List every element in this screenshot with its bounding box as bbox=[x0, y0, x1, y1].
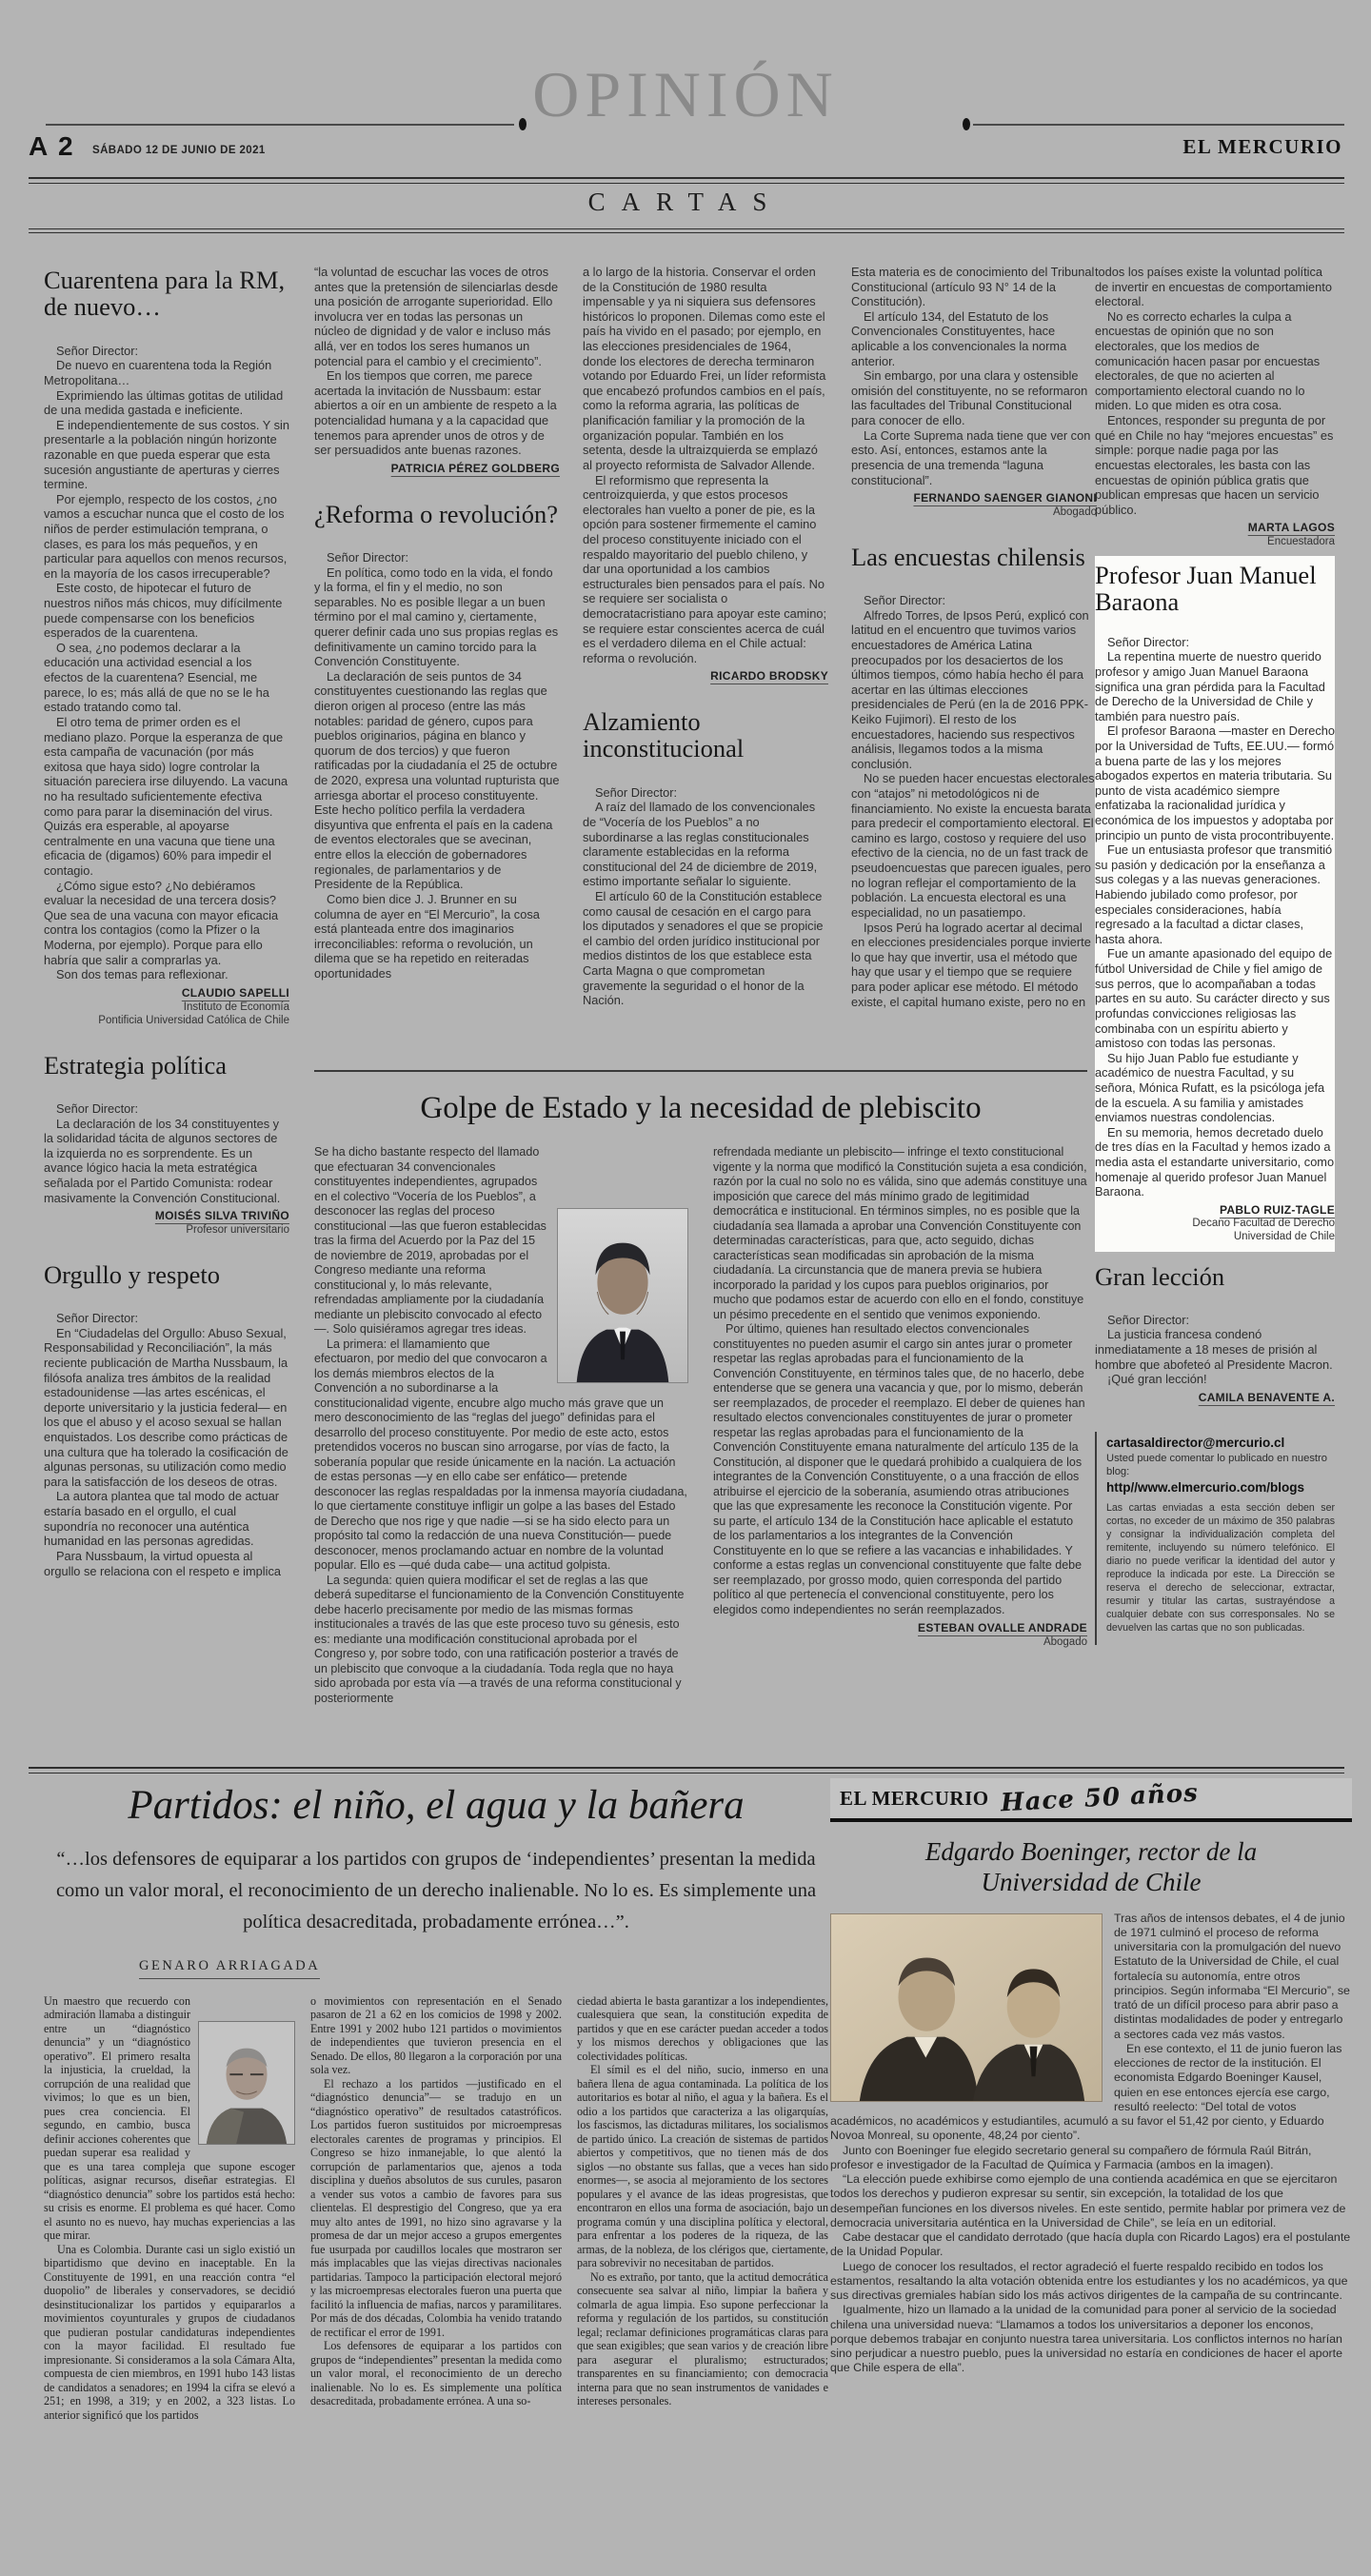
letter-headline: Alzamiento inconstitucional bbox=[583, 708, 828, 763]
blog-url: http//www.elmercurio.com/blogs bbox=[1106, 1480, 1335, 1496]
letter-headline: Cuarentena para la RM, de nuevo… bbox=[44, 267, 289, 321]
partidos-column-2: o movimientos con representación en el S… bbox=[310, 1994, 562, 2423]
paragraph-continued: todos los países existe la voluntad polí… bbox=[1095, 265, 1335, 309]
paragraph: No se pueden hacer encuestas electorales… bbox=[851, 771, 1097, 920]
paragraph: Cabe destacar que el candidato derrotado… bbox=[830, 2230, 1352, 2260]
signature-role: Instituto de Economía bbox=[44, 1001, 289, 1014]
signature: MOISÉS SILVA TRIVIÑO bbox=[44, 1209, 289, 1223]
paragraph-continued: Esta materia es de conocimiento del Trib… bbox=[851, 265, 1097, 309]
signature-role: Encuestadora bbox=[1095, 535, 1335, 548]
paragraph: Señor Director: bbox=[583, 785, 828, 801]
paragraph: E independientemente de sus costos. Y si… bbox=[44, 418, 289, 492]
paragraph: La segunda: quien quiera modificar el se… bbox=[314, 1574, 688, 1707]
partidos-column-3: ciedad abierta le basta garantizar a los… bbox=[577, 1994, 828, 2423]
letter-headline: Estrategia política bbox=[44, 1052, 289, 1079]
paragraph: La repentina muerte de nuestro querido p… bbox=[1095, 649, 1335, 723]
boeninger-illustration bbox=[831, 1914, 1102, 2101]
hace-50-script-logo: Hace 50 años bbox=[1000, 1779, 1199, 1818]
partidos-article: Partidos: el niño, el agua y la bañera “… bbox=[44, 1780, 828, 2570]
hace-50-brand: EL MERCURIO bbox=[840, 1787, 989, 1811]
feature-headline: Golpe de Estado y la necesidad de plebis… bbox=[314, 1091, 1087, 1126]
paragraph-continued: a lo largo de la historia. Conservar el … bbox=[583, 265, 828, 473]
paragraph: Señor Director: bbox=[1095, 635, 1335, 650]
paragraph: En política, como todo en la vida, el fo… bbox=[314, 565, 560, 669]
paragraph: En “Ciudadelas del Orgullo: Abuso Sexual… bbox=[44, 1326, 289, 1490]
signature: CAMILA BENAVENTE A. bbox=[1095, 1391, 1335, 1405]
paragraph: Fue un entusiasta profesor que transmiti… bbox=[1095, 842, 1335, 946]
masthead-rule-right bbox=[973, 124, 1344, 126]
paragraph: Son dos temas para reflexionar. bbox=[44, 967, 289, 982]
letter-encuestas-end: todos los países existe la voluntad polí… bbox=[1095, 265, 1335, 548]
letters-column-5: todos los países existe la voluntad polí… bbox=[1095, 240, 1335, 1767]
paragraph: Luego de conocer los resultados, el rect… bbox=[830, 2260, 1352, 2304]
signature-role: Pontificia Universidad Católica de Chile bbox=[44, 1014, 289, 1027]
paragraph: Señor Director: bbox=[44, 344, 289, 359]
signature: PABLO RUIZ-TAGLE bbox=[1095, 1203, 1335, 1218]
letters-column-1: Cuarentena para la RM, de nuevo…Señor Di… bbox=[44, 240, 289, 1767]
paragraph: El otro tema de primer orden es el media… bbox=[44, 715, 289, 879]
paragraph: Los defensores de equiparar a los partid… bbox=[310, 2339, 562, 2408]
portrait-illustration bbox=[558, 1209, 687, 1382]
paragraph: Fue un amante apasionado del equipo de f… bbox=[1095, 946, 1335, 1050]
paragraph: En su memoria, hemos decretado duelo de … bbox=[1095, 1125, 1335, 1199]
paragraph: Como bien dice J. J. Brunner en su colum… bbox=[314, 892, 560, 981]
paragraph: El reformismo que representa la centroiz… bbox=[583, 473, 828, 666]
paragraph: Por ejemplo, respecto de los costos, ¿no… bbox=[44, 492, 289, 582]
paragraph-continued: “la voluntad de escuchar las voces de ot… bbox=[314, 265, 560, 368]
paragraph: La declaración de seis puntos de 34 cons… bbox=[314, 669, 560, 892]
paragraph: El profesor Baraona —master en Derecho p… bbox=[1095, 723, 1335, 842]
masthead-dot-left bbox=[519, 118, 527, 130]
page-number: A 2 bbox=[29, 131, 75, 162]
paragraph: La declaración de los 34 constituyentes … bbox=[44, 1117, 289, 1206]
signature-role: Profesor universitario bbox=[44, 1223, 289, 1237]
letters-column-4: Esta materia es de conocimiento del Trib… bbox=[851, 240, 1097, 1064]
letters-column-2: “la voluntad de escuchar las voces de ot… bbox=[314, 240, 560, 1064]
letter-headline: Orgullo y respeto bbox=[44, 1261, 289, 1288]
signature: MARTA LAGOS bbox=[1095, 521, 1335, 535]
paragraph: Señor Director: bbox=[1095, 1313, 1335, 1328]
partidos-column-1: Un maestro que recuerdo con admiración l… bbox=[44, 1994, 295, 2423]
boeninger-photo bbox=[830, 1913, 1103, 2102]
letters-email: cartasaldirector@mercurio.cl bbox=[1106, 1436, 1335, 1451]
letter-headline: Las encuestas chilensis bbox=[851, 544, 1097, 570]
arriagada-photo bbox=[198, 2021, 295, 2145]
paragraph: ¡Qué gran lección! bbox=[1095, 1372, 1335, 1387]
feature-left-column: Se ha dicho bastante respecto del llamad… bbox=[314, 1145, 688, 1706]
paragraph: Junto con Boeninger fue elegido secretar… bbox=[830, 2144, 1352, 2173]
bottom-divider-rule bbox=[29, 1767, 1344, 1773]
opinion-masthead: OPINIÓN bbox=[0, 57, 1371, 132]
newspaper-page: OPINIÓN A 2 SÁBADO 12 DE JUNIO DE 2021 E… bbox=[0, 0, 1371, 2576]
paragraph-continued: o movimientos con representación en el S… bbox=[310, 1994, 562, 2077]
letter-gran-leccion: Gran lecciónSeñor Director:La justicia f… bbox=[1095, 1263, 1335, 1405]
issue-date: SÁBADO 12 DE JUNIO DE 2021 bbox=[92, 145, 266, 156]
signature-role: Universidad de Chile bbox=[1095, 1230, 1335, 1243]
paragraph: Alfredo Torres, de Ipsos Perú, explicó c… bbox=[851, 608, 1097, 772]
paragraph: Para Nussbaum, la virtud opuesta al orgu… bbox=[44, 1549, 289, 1578]
paragraph: El artículo 134, del Estatuto de los Con… bbox=[851, 309, 1097, 368]
newspaper-brand: EL MERCURIO bbox=[1182, 135, 1342, 159]
signature: ESTEBAN OVALLE ANDRADE bbox=[713, 1621, 1087, 1635]
partidos-pull-quote: “…los defensores de equiparar a los part… bbox=[50, 1844, 823, 1939]
header-rule bbox=[29, 177, 1344, 184]
paragraph: El artículo 60 de la Constitución establ… bbox=[583, 889, 828, 1008]
paragraph: Igualmente, hizo un llamado a la unidad … bbox=[830, 2303, 1352, 2375]
section-title: CARTAS bbox=[0, 188, 1371, 217]
paragraph: El símil es el del niño, sucio, inmerso … bbox=[577, 2063, 828, 2270]
paragraph-continued: refrendada mediante un plebiscito— infri… bbox=[713, 1145, 1087, 1322]
paragraph: “La elección puede exhibirse como ejempl… bbox=[830, 2172, 1352, 2230]
masthead-rule-left bbox=[46, 124, 514, 126]
partidos-byline: GENARO ARRIAGADA bbox=[139, 1958, 320, 1979]
signature-role: Abogado bbox=[713, 1635, 1087, 1649]
paragraph: Exprimiendo las últimas gotitas de utili… bbox=[44, 388, 289, 418]
section-rule bbox=[29, 228, 1344, 233]
paragraph: Señor Director: bbox=[851, 593, 1097, 608]
letter-baraona-highlighted: Profesor Juan Manuel BaraonaSeñor Direct… bbox=[1095, 556, 1335, 1252]
paragraph: Señor Director: bbox=[314, 550, 560, 565]
partidos-headline: Partidos: el niño, el agua y la bañera bbox=[44, 1782, 828, 1829]
paragraph: La justicia francesa condenó inmediatame… bbox=[1095, 1327, 1335, 1372]
paragraph: ¿Cómo sigue esto? ¿No debiéramos evaluar… bbox=[44, 879, 289, 968]
paragraph: Por último, quienes han resultado electo… bbox=[713, 1322, 1087, 1617]
paragraph: Señor Director: bbox=[44, 1101, 289, 1117]
paragraph: Su hijo Juan Pablo fue estudiante y acad… bbox=[1095, 1051, 1335, 1125]
arriagada-illustration bbox=[199, 2022, 294, 2144]
hace-50-headline: Edgardo Boeninger, rector de la Universi… bbox=[859, 1837, 1323, 1898]
letter-headline: Gran lección bbox=[1095, 1263, 1335, 1290]
paragraph: Ipsos Perú ha logrado acertar al decimal… bbox=[851, 921, 1097, 1010]
signature-role: Abogado bbox=[851, 505, 1097, 519]
paragraph: Una es Colombia. Durante casi un siglo e… bbox=[44, 2243, 295, 2423]
paragraph: La Corte Suprema nada tiene que ver con … bbox=[851, 428, 1097, 487]
paragraph: La autora plantea que tal modo de actuar… bbox=[44, 1489, 289, 1548]
paragraph: Este costo, de hipotecar el futuro de nu… bbox=[44, 581, 289, 640]
hace-50-body: Tras años de intensos debates, el 4 de j… bbox=[830, 1912, 1352, 2376]
signature-role: Decano Facultad de Derecho bbox=[1095, 1217, 1335, 1230]
paragraph: No es correcto echarles la culpa a encue… bbox=[1095, 309, 1335, 413]
signature: CLAUDIO SAPELLI bbox=[44, 986, 289, 1001]
paragraph: Sin embargo, por una clara y ostensible … bbox=[851, 368, 1097, 427]
feature-article: Golpe de Estado y la necesidad de plebis… bbox=[314, 1070, 1087, 1769]
masthead-dot-right bbox=[963, 118, 970, 130]
letter-headline: ¿Reforma o revolución? bbox=[314, 501, 560, 527]
signature: FERNANDO SAENGER GIANONI bbox=[851, 491, 1097, 505]
paragraph: Señor Director: bbox=[44, 1311, 289, 1326]
letters-submission-box: cartasaldirector@mercurio.cl Usted puede… bbox=[1095, 1432, 1335, 1645]
paragraph: A raíz del llamado de los convencionales… bbox=[583, 800, 828, 889]
author-portrait-photo bbox=[557, 1208, 688, 1383]
paragraph: En los tiempos que corren, me parece ace… bbox=[314, 368, 560, 458]
letter-headline: Profesor Juan Manuel Baraona bbox=[1095, 562, 1335, 616]
signature: PATRICIA PÉREZ GOLDBERG bbox=[314, 462, 560, 476]
paragraph: El rechazo a los partidos —justificado e… bbox=[310, 2077, 562, 2340]
signature: RICARDO BRODSKY bbox=[583, 669, 828, 684]
blog-note: Usted puede comentar lo publicado en nue… bbox=[1106, 1453, 1335, 1478]
feature-right-column: refrendada mediante un plebiscito— infri… bbox=[713, 1145, 1087, 1706]
paragraph: De nuevo en cuarentena toda la Región Me… bbox=[44, 358, 289, 387]
paragraph: Entonces, responder su pregunta de por q… bbox=[1095, 413, 1335, 517]
letters-policy: Las cartas enviadas a esta sección deben… bbox=[1106, 1501, 1335, 1635]
paragraph: O sea, ¿no podemos declarar a la educaci… bbox=[44, 641, 289, 715]
paragraph: No es extraño, por tanto, que la actitud… bbox=[577, 2270, 828, 2408]
paragraph-continued: ciedad abierta le basta garantizar a los… bbox=[577, 1994, 828, 2064]
letters-column-3: a lo largo de la historia. Conservar el … bbox=[583, 240, 828, 1064]
hace-50-logo-band: EL MERCURIO Hace 50 años bbox=[830, 1778, 1352, 1822]
hace-50-anos-section: EL MERCURIO Hace 50 años Edgardo Boening… bbox=[830, 1778, 1352, 2570]
